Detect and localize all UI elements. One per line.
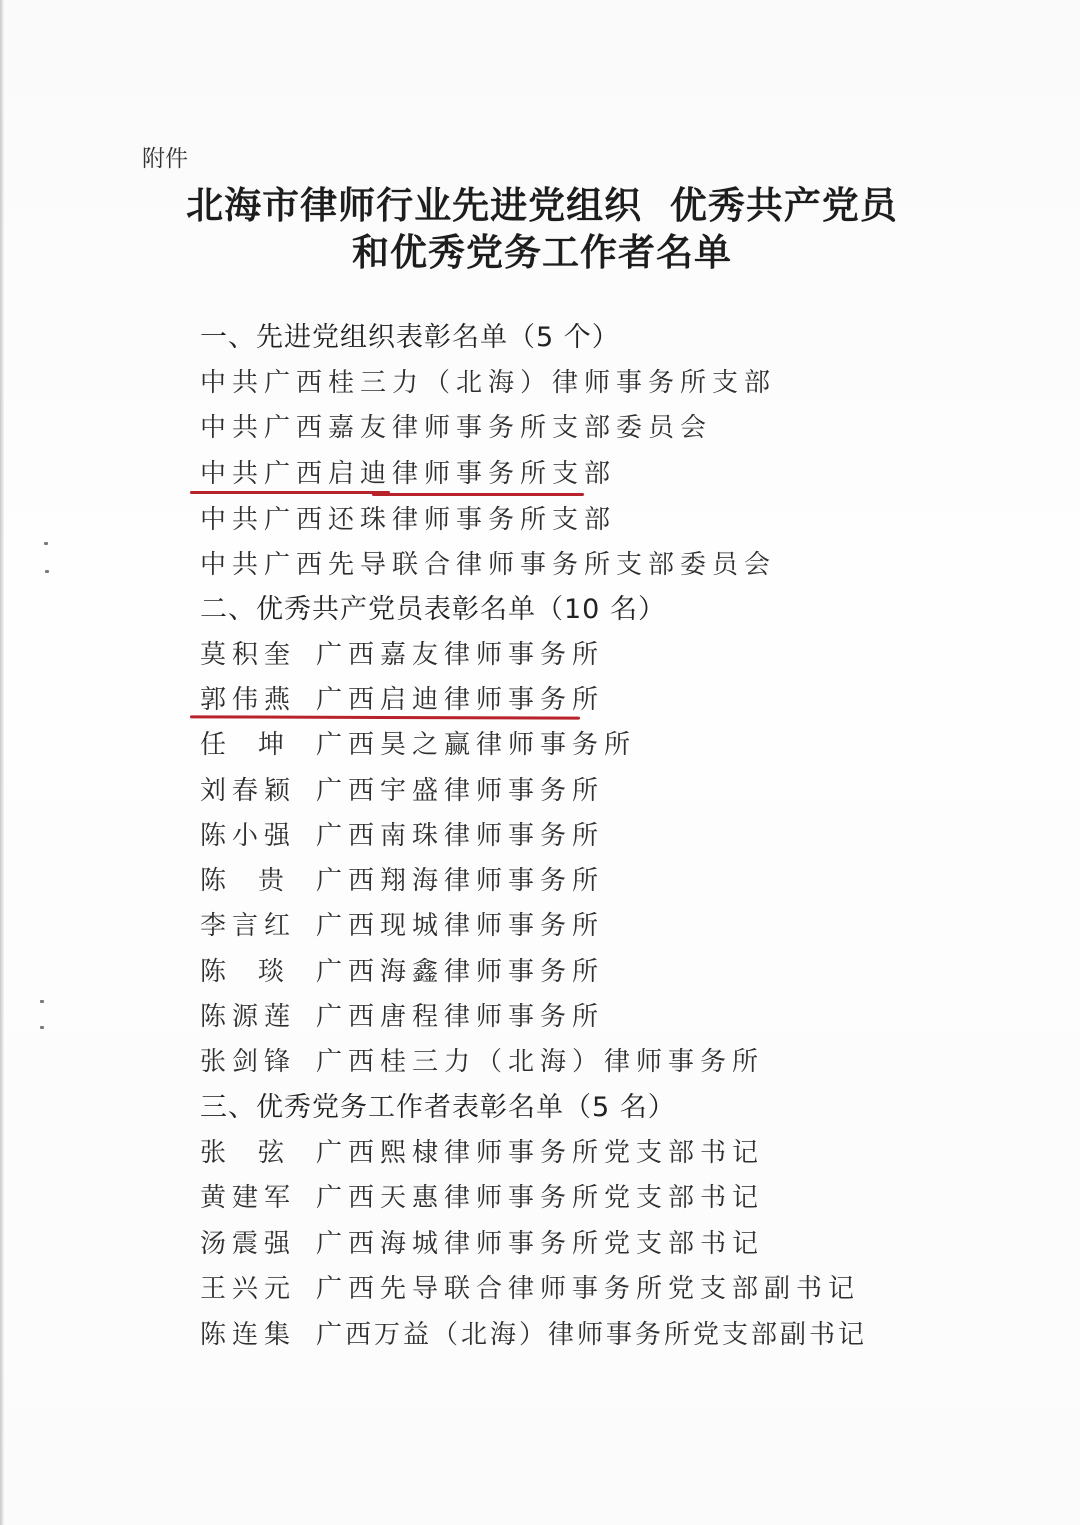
list-item-highlighted: 郭伟燕广西启迪律师事务所	[200, 682, 604, 718]
list-item: 中共广西桂三力（北海）律师事务所支部	[200, 365, 776, 401]
person-name: 陈连集	[200, 1317, 316, 1353]
person-org: 广西桂三力（北海）律师事务所	[316, 1044, 764, 1080]
person-name: 黄建军	[200, 1180, 316, 1216]
red-underline-mark	[190, 491, 390, 494]
section-heading-advanced-party-orgs: 一、先进党组织表彰名单（5 个）	[200, 320, 620, 356]
person-name: 李言红	[200, 908, 316, 944]
person-org: 广西南珠律师事务所	[316, 818, 604, 854]
list-item: 中共广西嘉友律师事务所支部委员会	[200, 410, 712, 446]
person-name: 陈小强	[200, 818, 316, 854]
binding-hole-mark	[40, 1000, 44, 1003]
list-item: 陈源莲广西唐程律师事务所	[200, 999, 604, 1035]
list-item: 汤震强广西海城律师事务所党支部书记	[200, 1226, 764, 1262]
document-title-line-2: 和优秀党务工作者名单	[142, 222, 942, 276]
list-item: 中共广西还珠律师事务所支部	[200, 502, 616, 538]
person-org: 广西现城律师事务所	[316, 908, 604, 944]
person-org: 广西嘉友律师事务所	[316, 637, 604, 673]
person-org: 广西翔海律师事务所	[316, 863, 604, 899]
person-name: 陈源莲	[200, 999, 316, 1035]
list-item: 任坤广西昊之赢律师事务所	[200, 727, 636, 763]
list-item: 张剑锋广西桂三力（北海）律师事务所	[200, 1044, 764, 1080]
red-underline-mark	[190, 715, 580, 719]
list-item: 陈连集广西万益（北海）律师事务所党支部副书记	[200, 1317, 867, 1353]
person-org: 广西唐程律师事务所	[316, 999, 604, 1035]
person-org: 广西熙棣律师事务所党支部书记	[316, 1135, 764, 1171]
list-item: 李言红广西现城律师事务所	[200, 908, 604, 944]
person-name: 汤震强	[200, 1226, 316, 1262]
person-name: 任坤	[200, 727, 316, 763]
list-item: 陈贵广西翔海律师事务所	[200, 863, 604, 899]
attachment-label: 附件	[142, 140, 188, 173]
person-name: 张弦	[200, 1135, 316, 1171]
person-org: 广西昊之赢律师事务所	[316, 727, 636, 763]
person-org: 广西宇盛律师事务所	[316, 773, 604, 809]
list-item: 黄建军广西天惠律师事务所党支部书记	[200, 1180, 764, 1216]
person-org: 广西天惠律师事务所党支部书记	[316, 1180, 764, 1216]
list-item: 陈琰广西海鑫律师事务所	[200, 954, 604, 990]
list-item: 中共广西先导联合律师事务所支部委员会	[200, 547, 776, 583]
person-org: 广西启迪律师事务所	[316, 682, 604, 718]
binding-hole-mark	[44, 542, 48, 545]
list-item: 陈小强广西南珠律师事务所	[200, 818, 604, 854]
person-org: 广西海城律师事务所党支部书记	[316, 1226, 764, 1262]
list-item-highlighted: 中共广西启迪律师事务所支部	[200, 456, 616, 492]
page-edge-shadow	[0, 0, 4, 1525]
person-org: 广西海鑫律师事务所	[316, 954, 604, 990]
list-item: 王兴元广西先导联合律师事务所党支部副书记	[200, 1271, 860, 1307]
scanned-document-page: 附件 北海市律师行业先进党组织 优秀共产党员 和优秀党务工作者名单 一、先进党组…	[0, 0, 1080, 1525]
section-heading-outstanding-party-workers: 三、优秀党务工作者表彰名单（5 名）	[200, 1090, 676, 1126]
person-org: 广西先导联合律师事务所党支部副书记	[316, 1271, 860, 1307]
binding-hole-mark	[40, 1026, 44, 1029]
person-org: 广西万益（北海）律师事务所党支部副书记	[316, 1317, 867, 1353]
person-name: 莫积奎	[200, 637, 316, 673]
list-item: 刘春颖广西宇盛律师事务所	[200, 773, 604, 809]
section-heading-outstanding-members: 二、优秀共产党员表彰名单（10 名）	[200, 592, 666, 628]
binding-hole-mark	[45, 570, 49, 573]
list-item: 张弦广西熙棣律师事务所党支部书记	[200, 1135, 764, 1171]
red-underline-mark	[372, 493, 584, 496]
person-name: 王兴元	[200, 1271, 316, 1307]
person-name: 陈琰	[200, 954, 316, 990]
person-name: 张剑锋	[200, 1044, 316, 1080]
person-name: 刘春颖	[200, 773, 316, 809]
person-name: 陈贵	[200, 863, 316, 899]
person-name: 郭伟燕	[200, 682, 316, 718]
document-title-line-1: 北海市律师行业先进党组织 优秀共产党员	[142, 175, 942, 229]
list-item: 莫积奎广西嘉友律师事务所	[200, 637, 604, 673]
